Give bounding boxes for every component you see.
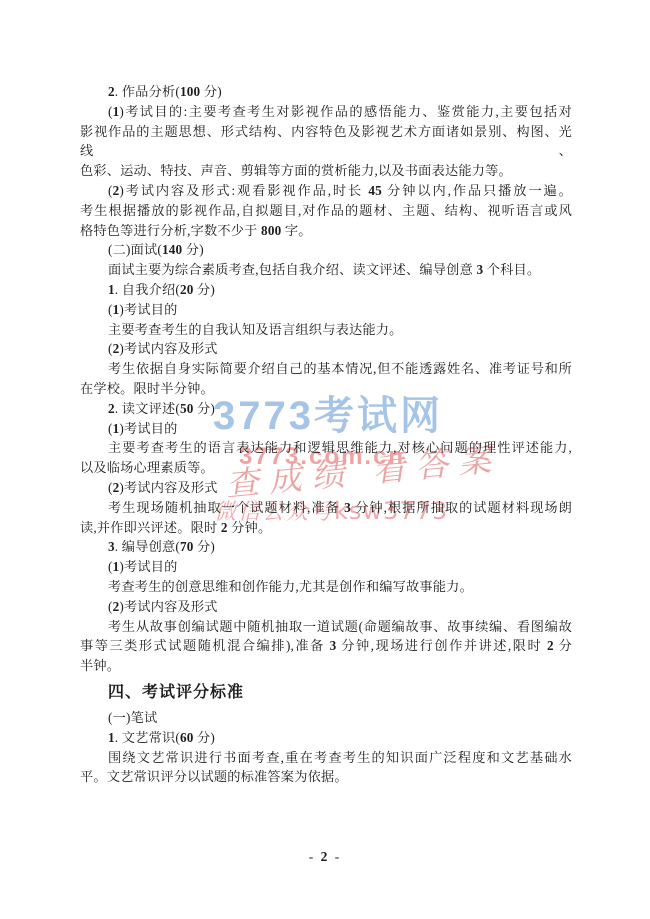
text-line: 考生根据播放的影视作品,自拟题目,对作品的题材、主题、结构、视听语言或风	[80, 201, 572, 221]
text-line: 考生从故事创编试题中随机抽取一道试题(命题编故事、故事续编、看图编故	[80, 617, 572, 637]
text-line: (1)考试目的	[80, 419, 572, 439]
text-line: 3. 编导创意(70 分)	[80, 537, 572, 557]
text-line: 读,并作即兴评述。限时 2 分钟。	[80, 518, 572, 538]
text-line: 色彩、运动、特技、声音、剪辑等方面的赏析能力,以及书面表达能力等。	[80, 161, 572, 181]
text-line: 平。文艺常识评分以试题的标准答案为依据。	[80, 767, 572, 787]
text-line: 考生现场随机抽取一个试题材料,准备 3 分钟,根据所抽取的试题材料现场朗	[80, 498, 572, 518]
text-line: 考查考生的创意思维和创作能力,尤其是创作和编写故事能力。	[80, 577, 572, 597]
text-line: 事等三类形式试题随机混合编排),准备 3 分钟,现场进行创作并讲述,限时 2 分	[80, 636, 572, 656]
text-line: (1)考试目的	[80, 557, 572, 577]
text-line: 2. 读文评述(50 分)	[80, 399, 572, 419]
text-line: (二)面试(140 分)	[80, 240, 572, 260]
section-heading: 四、考试评分标准	[80, 682, 572, 704]
text-line: (一)笔试	[80, 708, 572, 728]
text-line: 面试主要为综合素质考查,包括自我介绍、读文评述、编导创意 3 个科目。	[80, 260, 572, 280]
page-number: - 2 -	[0, 849, 650, 865]
text-line: (1)考试目的:主要考查考生对影视作品的感悟能力、鉴赏能力,主要包括对	[80, 102, 572, 122]
text-line: 1. 自我介绍(20 分)	[80, 280, 572, 300]
text-line: 考生依据自身实际简要介绍自己的基本情况,但不能透露姓名、准考证号和所	[80, 359, 572, 379]
text-line: (2)考试内容及形式	[80, 339, 572, 359]
text-line: 在学校。限时半分钟。	[80, 379, 572, 399]
text-line: 半钟。	[80, 656, 572, 676]
text-line: 主要考查考生的自我认知及语言组织与表达能力。	[80, 320, 572, 340]
text-line: (1)考试目的	[80, 300, 572, 320]
text-line: (2)考试内容及形式	[80, 597, 572, 617]
text-line: 以及临场心理素质等。	[80, 458, 572, 478]
text-line: (2)考试内容及形式	[80, 478, 572, 498]
text-line: 2. 作品分析(100 分)	[80, 82, 572, 102]
text-line: 1. 文艺常识(60 分)	[80, 728, 572, 748]
document-body: 2. 作品分析(100 分)(1)考试目的:主要考查考生对影视作品的感悟能力、鉴…	[80, 82, 572, 787]
document-page: 3773考试网 3773.com.cn 查成绩 看答案 微信公众号ksw3773…	[0, 0, 650, 919]
text-line: 主要考查考生的语言表达能力和逻辑思维能力,对核心问题的理性评述能力,	[80, 438, 572, 458]
text-line: 格特色等进行分析,字数不少于 800 字。	[80, 221, 572, 241]
text-line: (2)考试内容及形式:观看影视作品,时长 45 分钟以内,作品只播放一遍。	[80, 181, 572, 201]
text-line: 影视作品的主题思想、形式结构、内容特色及影视艺术方面诸如景别、构图、光线、	[80, 122, 572, 162]
text-line: 围绕文艺常识进行书面考查,重在考查考生的知识面广泛程度和文艺基础水	[80, 748, 572, 768]
